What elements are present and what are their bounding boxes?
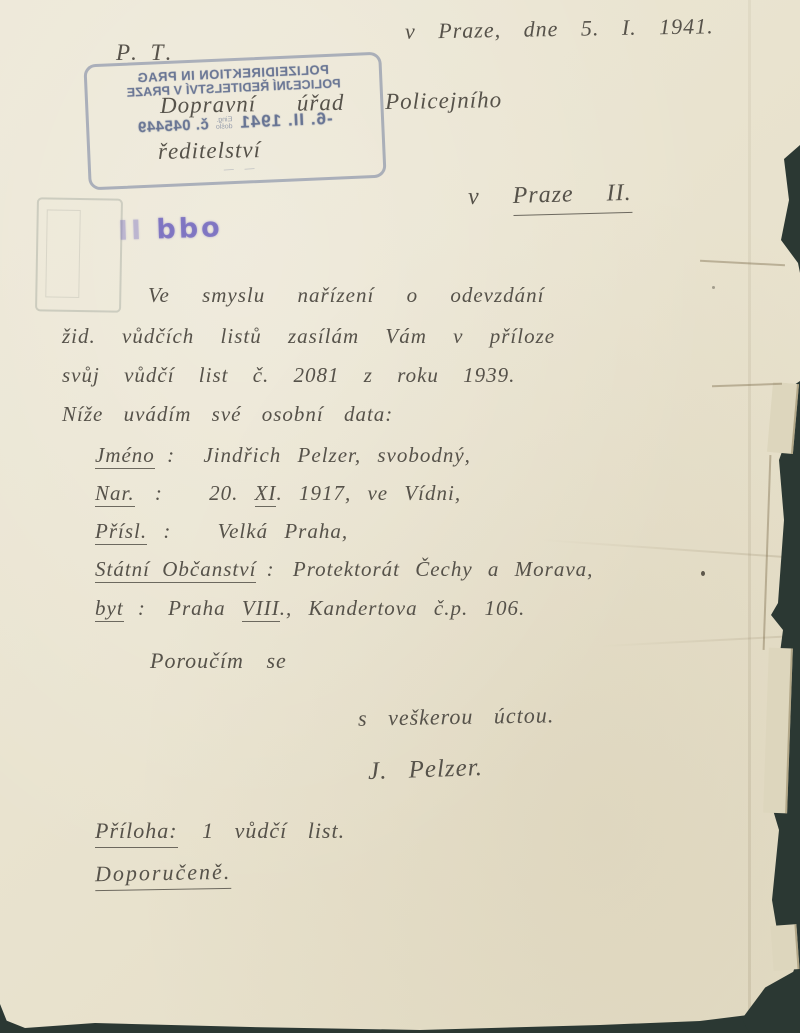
detail-value: Velká Praha, [218, 519, 348, 543]
closing-line: Poroučím se [150, 648, 287, 674]
detail-label: byt [95, 596, 124, 622]
detail-label: Státní Občanství [95, 557, 256, 583]
body-line-1: Ve smyslu nařízení o odevzdání [148, 283, 544, 308]
salutation: P. T. [116, 40, 175, 66]
detail-value: Protektorát Čechy a Morava, [293, 557, 594, 581]
detail-value: Praha VIII., Kandertova č.p. 106. [168, 596, 525, 622]
body-line-4: Níže uvádím své osobní data: [62, 402, 393, 427]
recipient-line-2: ředitelství [158, 137, 261, 165]
detail-colon: : [267, 557, 275, 581]
detail-row-born: Nar. : 20. XI. 1917, ve Vídni, [95, 481, 461, 506]
detail-value: 20. XI. 1917, ve Vídni, [209, 481, 461, 507]
police-arrival-stamp: POLIZEIDIREKTION IN PRAG POLICEJNÍ ŘEDIT… [83, 52, 386, 191]
stamp-side-note: Eing. došlo [215, 116, 232, 131]
detail-label: Jméno [95, 443, 155, 469]
dateline: v Praze, dne 5. I. 1941. [405, 13, 714, 44]
registered-label: Doporučeně. [95, 859, 232, 891]
registry-pencil-mark: II bbo [117, 212, 223, 247]
body-line-3: svůj vůdčí list č. 2081 z roku 1939. [62, 363, 515, 388]
recipient-city-prefix: v [468, 184, 480, 210]
detail-colon: : [167, 443, 175, 467]
detail-colon: : [138, 596, 146, 620]
valediction: s veškerou úctou. [358, 702, 555, 731]
scanned-letter: POLIZEIDIREKTION IN PRAG POLICEJNÍ ŘEDIT… [0, 0, 800, 1033]
torn-flap [770, 924, 799, 971]
registered-note: Doporučeně. [95, 859, 232, 887]
detail-row-name: Jméno : Jindřich Pelzer, svobodný, [95, 443, 471, 468]
detail-row-address: byt : Praha VIII., Kandertova č.p. 106. [95, 596, 525, 621]
enclosure-label: Příloha: [95, 818, 178, 848]
detail-label: Nar. [95, 481, 135, 507]
ink-speck [712, 286, 715, 289]
detail-label: Přísl. [95, 519, 147, 545]
registry-mark-main: bbo [156, 212, 223, 245]
enclosure-note: Příloha: 1 vůdčí list. [95, 818, 345, 844]
detail-colon: : [163, 519, 171, 543]
enclosure-value: 1 vůdčí list. [202, 818, 345, 843]
recipient-city: Praze II. [512, 180, 632, 216]
registry-mark-faint: II [117, 215, 144, 247]
faint-stamp-outline [35, 197, 123, 312]
signature: J. Pelzer. [368, 754, 484, 786]
recipient-line-3: v Praze II. [468, 180, 632, 211]
stamp-dashes: — — [220, 163, 255, 176]
detail-row-domicile: Přísl. : Velká Praha, [95, 519, 348, 544]
ink-speck [701, 571, 705, 576]
body-line-2: žid. vůdčích listů zasílám Vám v příloze [62, 324, 555, 349]
detail-colon: : [155, 481, 163, 505]
stamp-mirrored-text: POLIZEIDIREKTION IN PRAG POLICEJNÍ ŘEDIT… [87, 55, 384, 188]
detail-row-citizenship: Státní Občanství : Protektorát Čechy a M… [95, 557, 593, 582]
detail-value: Jindřich Pelzer, svobodný, [203, 443, 471, 467]
